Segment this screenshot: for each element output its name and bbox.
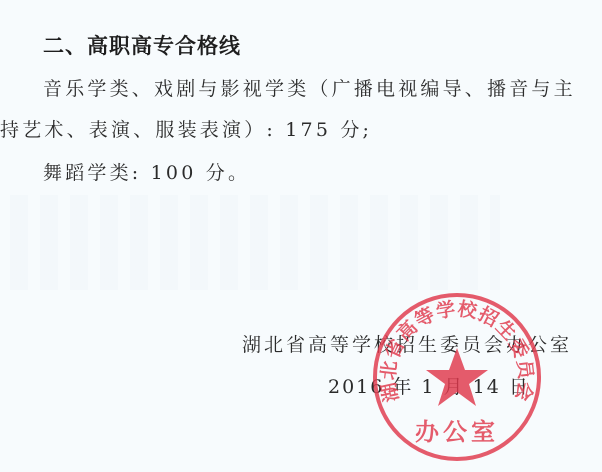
paragraph-dance: 舞蹈学类: 100 分。 [43, 158, 250, 185]
paragraph-music-drama-line1: 音乐学类、戏剧与影视学类（广播电视编导、播音与主 [43, 74, 576, 101]
section-heading: 二、高职高专合格线 [43, 30, 241, 60]
document-page: 二、高职高专合格线 音乐学类、戏剧与影视学类（广播电视编导、播音与主 持艺术、表… [0, 0, 602, 472]
seal-bottom-text: 办公室 [415, 418, 499, 446]
star-icon [426, 348, 488, 406]
official-seal: 湖北省高等学校招生委员会 办公室 [370, 290, 544, 464]
paragraph-music-drama-line2: 持艺术、表演、服装表演）: 175 分; [0, 115, 372, 142]
background-watermark [10, 195, 500, 290]
